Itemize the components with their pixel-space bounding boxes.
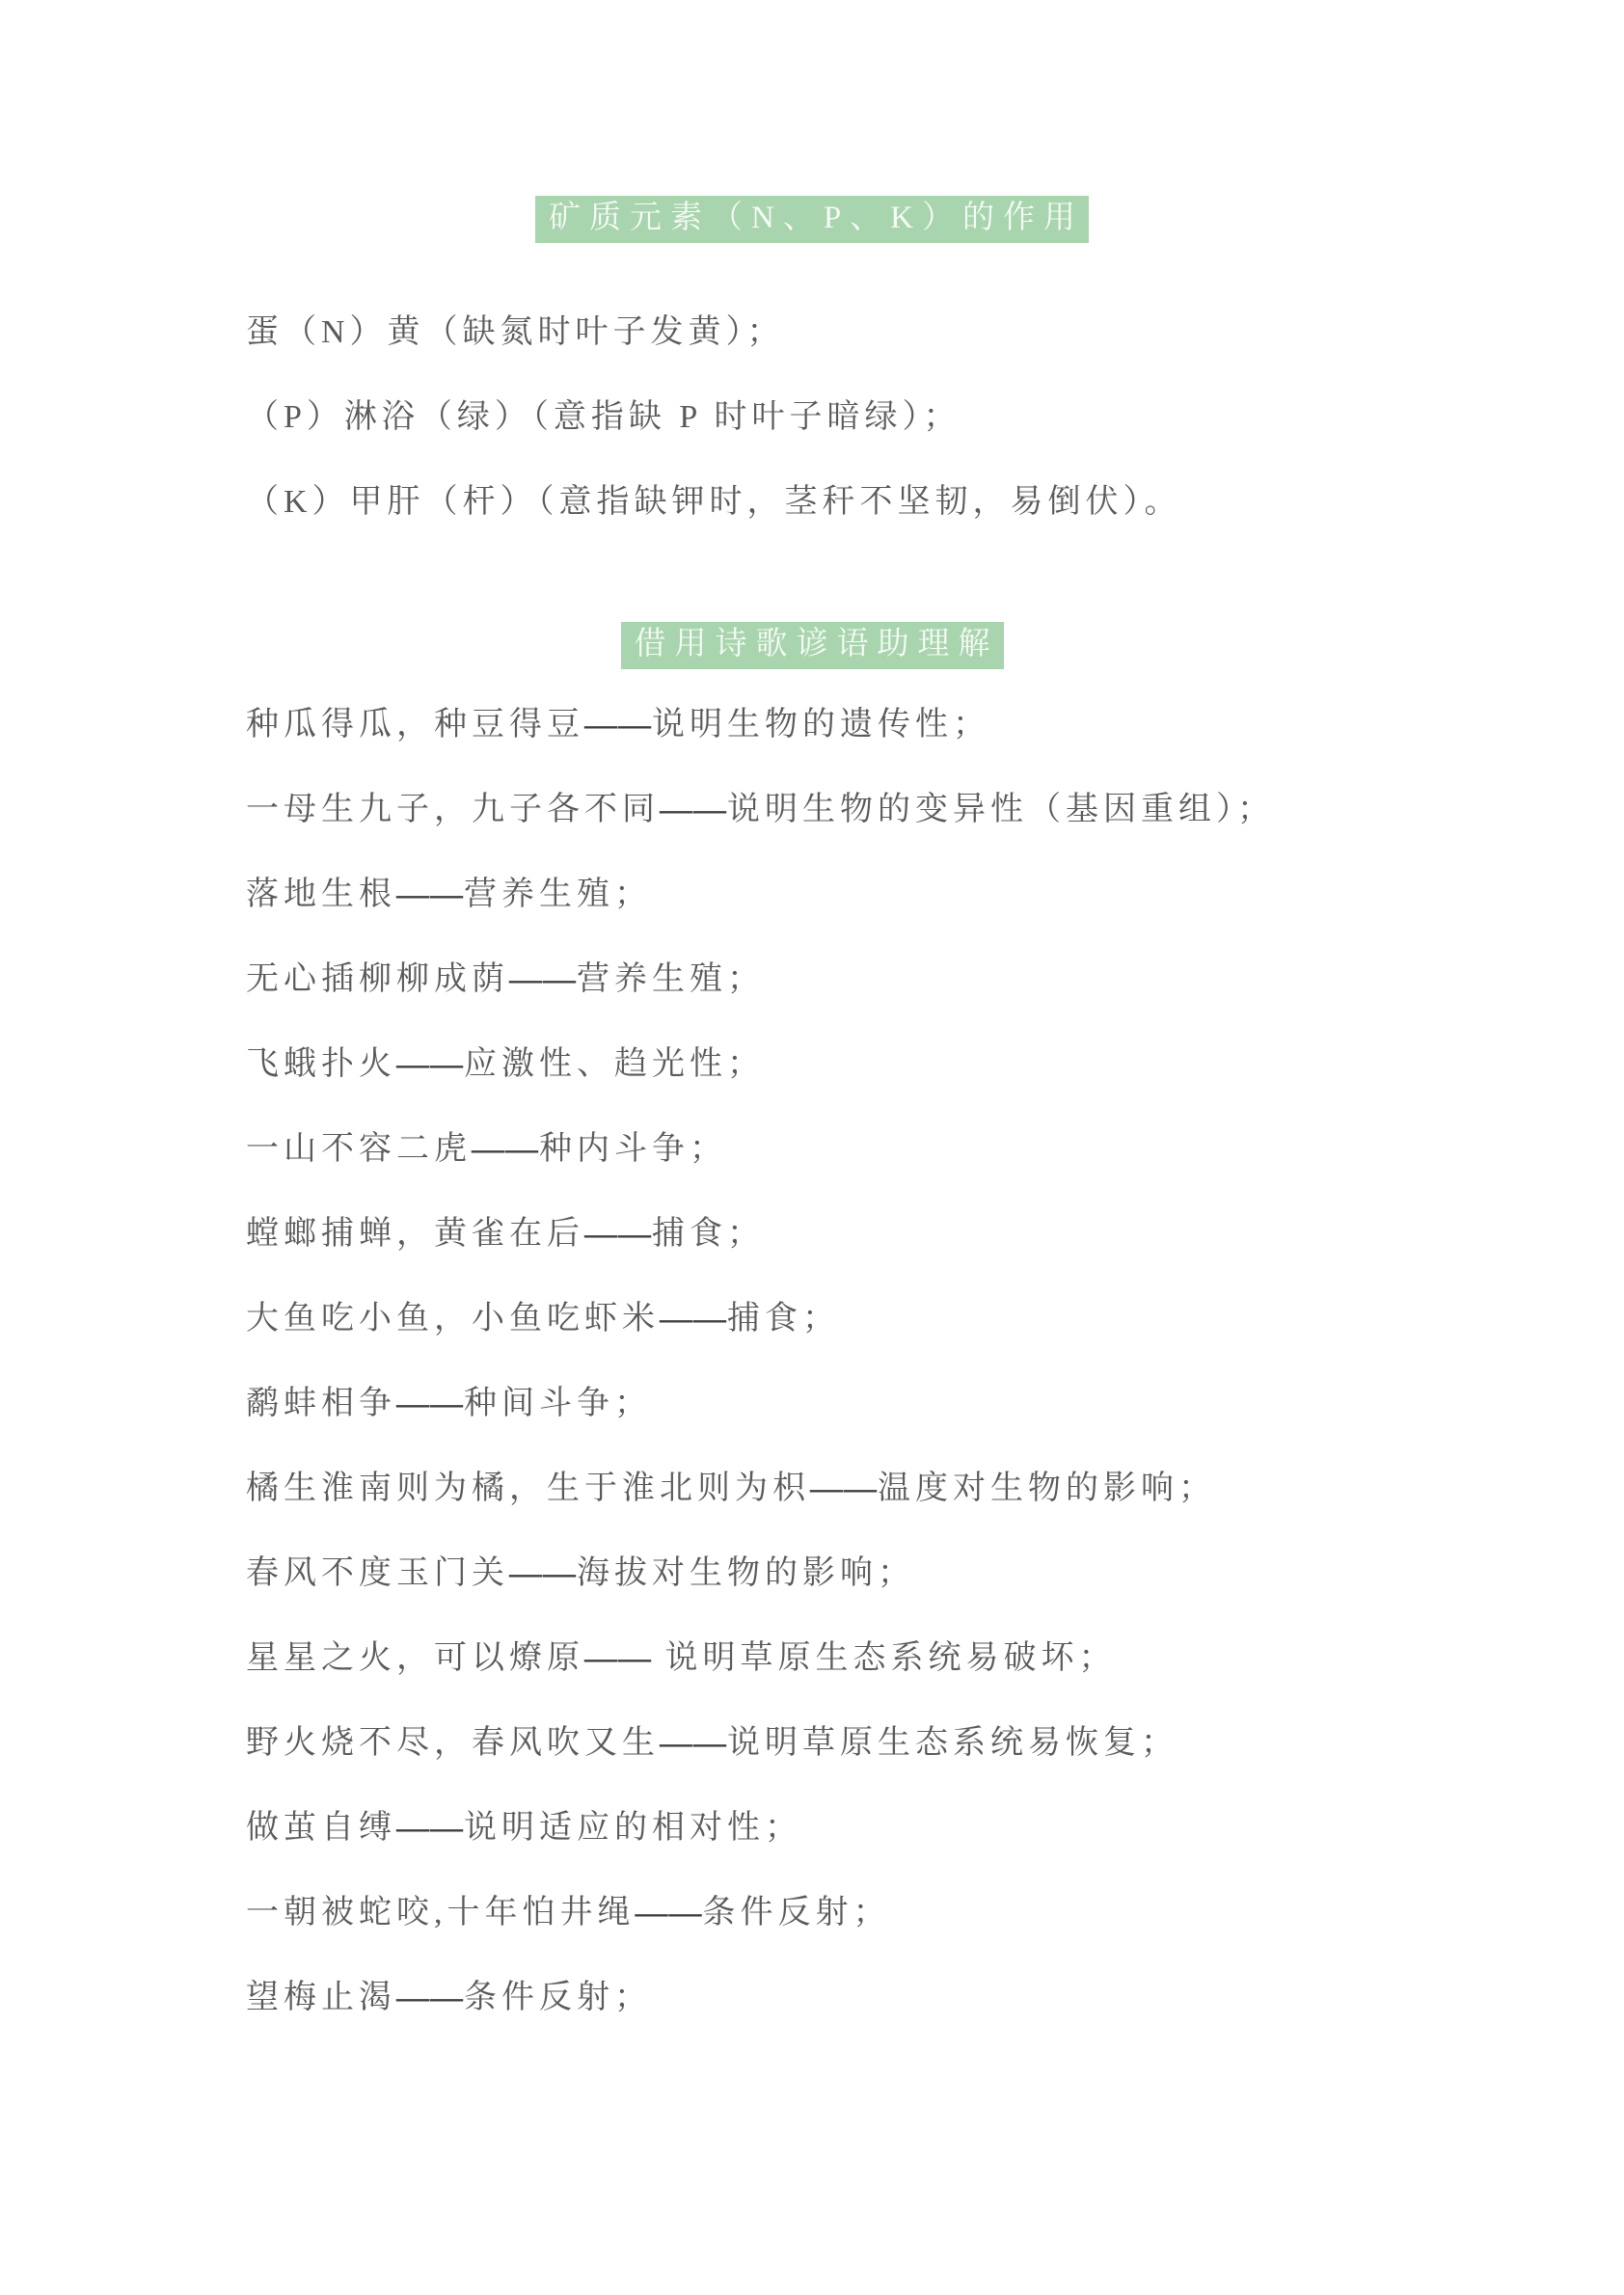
body-line-proverb-10: 橘生淮南则为橘，生于淮北则为枳——温度对生物的影响； [246, 1472, 1585, 1505]
body-line-proverb-1: 种瓜得瓜，种豆得豆——说明生物的遗传性； [246, 709, 1585, 742]
body-line-proverb-9: 鹬蚌相争——种间斗争； [246, 1388, 1585, 1420]
body-line-proverb-5: 飞蛾扑火——应激性、趋光性； [246, 1048, 1585, 1081]
body-line-proverb-14: 做茧自缚——说明适应的相对性； [246, 1812, 1585, 1845]
section-proverbs-heading-row: 借用诗歌谚语助理解 [0, 622, 1624, 669]
body-line-potassium: （K）甲肝（杆）（意指缺钾时，茎秆不坚韧，易倒伏）。 [246, 486, 1585, 519]
body-line-proverb-2: 一母生九子，九子各不同——说明生物的变异性（基因重组）； [246, 794, 1585, 826]
body-line-proverb-6: 一山不容二虎——种内斗争； [246, 1133, 1585, 1166]
body-line-nitrogen: 蛋（N）黄（缺氮时叶子发黄）； [246, 316, 1585, 349]
document-page: 矿质元素（N、P、K）的作用 蛋（N）黄（缺氮时叶子发黄）； （P）淋浴（绿）（… [0, 0, 1624, 2295]
body-line-phosphorus: （P）淋浴（绿）（意指缺 P 时叶子暗绿）； [246, 401, 1585, 434]
body-line-proverb-7: 螳螂捕蝉，黄雀在后——捕食； [246, 1218, 1585, 1251]
body-line-proverb-12: 星星之火，可以燎原—— 说明草原生态系统易破坏； [246, 1642, 1585, 1675]
body-line-proverb-3: 落地生根——营养生殖； [246, 878, 1585, 911]
document-flow: 矿质元素（N、P、K）的作用 蛋（N）黄（缺氮时叶子发黄）； （P）淋浴（绿）（… [0, 0, 1624, 2014]
section-heading-mineral-elements: 矿质元素（N、P、K）的作用 [535, 196, 1089, 243]
body-line-proverb-11: 春风不度玉门关——海拔对生物的影响； [246, 1557, 1585, 1590]
body-line-proverb-8: 大鱼吃小鱼，小鱼吃虾米——捕食； [246, 1303, 1585, 1336]
body-line-proverb-16: 望梅止渴——条件反射； [246, 1982, 1585, 2014]
section-mineral-elements-heading-row: 矿质元素（N、P、K）的作用 [0, 196, 1624, 243]
body-line-proverb-4: 无心插柳柳成荫——营养生殖； [246, 963, 1585, 996]
body-line-proverb-13: 野火烧不尽，春风吹又生——说明草原生态系统易恢复； [246, 1727, 1585, 1760]
section-heading-proverbs: 借用诗歌谚语助理解 [621, 622, 1004, 669]
body-line-proverb-15: 一朝被蛇咬,十年怕井绳——条件反射； [246, 1897, 1585, 1930]
